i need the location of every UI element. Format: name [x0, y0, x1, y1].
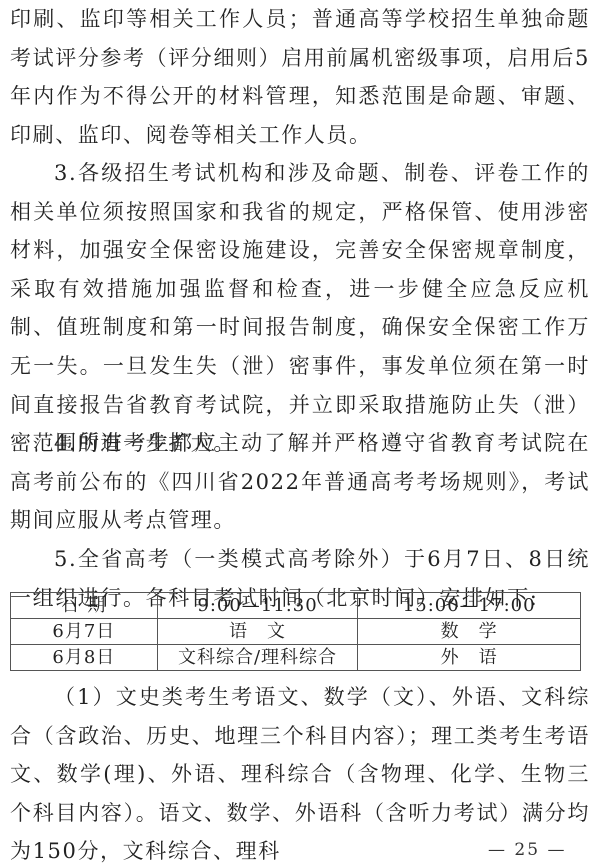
- document-page: 印刷、监印等相关工作人员；普通高等学校招生单独命题考试评分参考（评分细则）启用前…: [0, 0, 600, 868]
- table-row: 6月7日 语 文 数 学: [11, 619, 581, 645]
- paragraph-continuation: 印刷、监印等相关工作人员；普通高等学校招生单独命题考试评分参考（评分细则）启用前…: [10, 0, 590, 154]
- table-row: 6月8日 文科综合/理科综合 外 语: [11, 645, 581, 671]
- cell-date: 6月7日: [11, 619, 158, 645]
- cell-afternoon: 外 语: [358, 645, 581, 671]
- cell-morning: 语 文: [157, 619, 358, 645]
- cell-date: 6月8日: [11, 645, 158, 671]
- table-header-row: 日 期 9:00—11:30 15:00—17:00: [11, 593, 581, 619]
- paragraph-item-3: 3.各级招生考试机构和涉及命题、制卷、评卷工作的相关单位须按照国家和我省的规定，…: [10, 154, 590, 463]
- page-number: — 25 —: [488, 840, 566, 860]
- header-date: 日 期: [11, 593, 158, 619]
- paragraph-item-4: 4.所有考生都应主动了解并严格遵守省教育考试院在高考前公布的《四川省2022年普…: [10, 424, 590, 540]
- header-afternoon: 15:00—17:00: [358, 593, 581, 619]
- exam-schedule-table: 日 期 9:00—11:30 15:00—17:00 6月7日 语 文 数 学 …: [10, 592, 581, 671]
- cell-morning: 文科综合/理科综合: [157, 645, 358, 671]
- header-morning: 9:00—11:30: [157, 593, 358, 619]
- cell-afternoon: 数 学: [358, 619, 581, 645]
